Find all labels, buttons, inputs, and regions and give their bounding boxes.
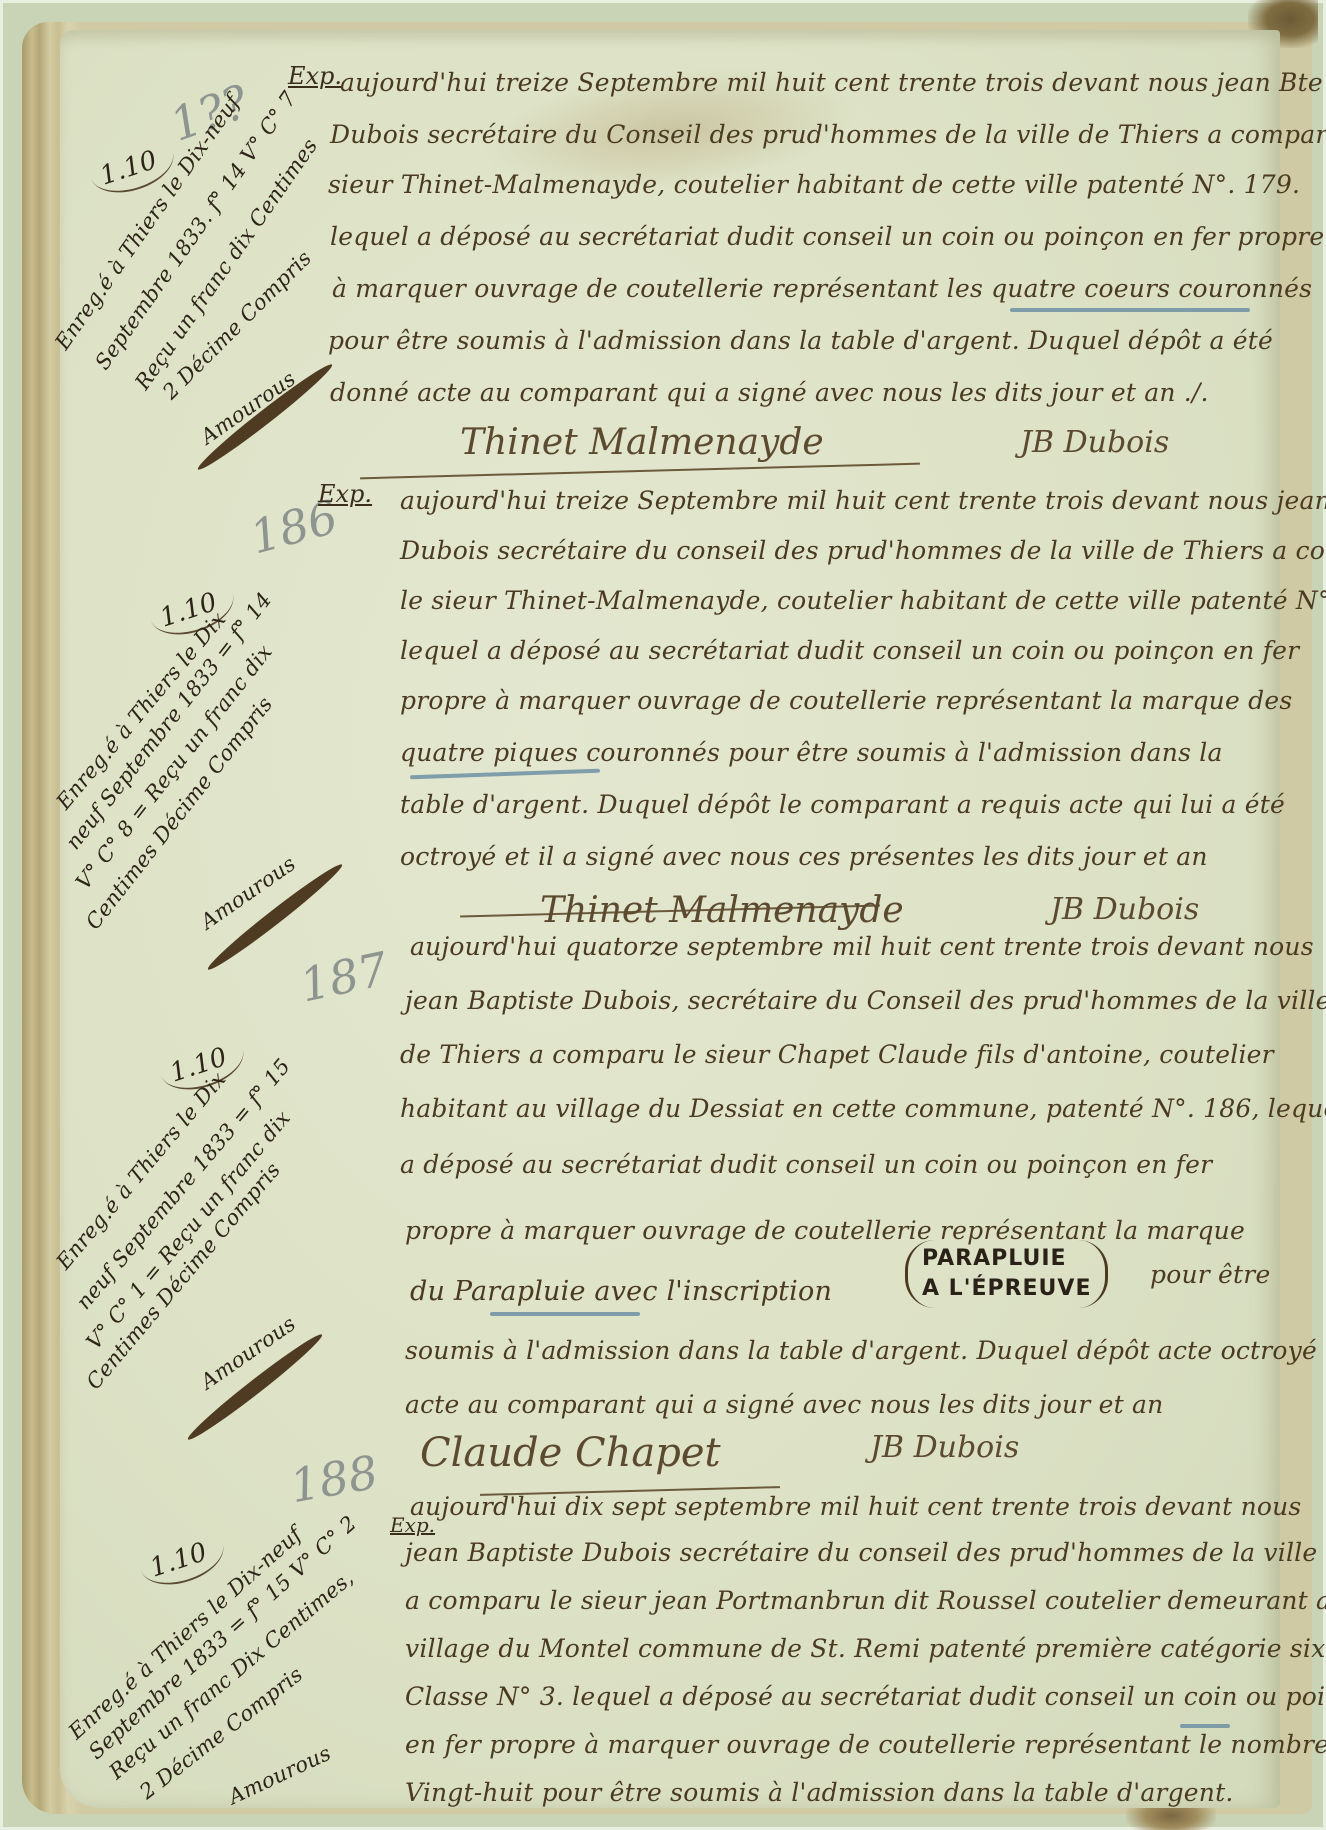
- signature-underline: [360, 463, 920, 480]
- signature-thinet: Thinet Malmenayde: [540, 890, 904, 931]
- margin-note-signature: Amourous: [196, 1311, 300, 1394]
- text-line: Vingt-huit pour être soumis à l'admissio…: [405, 1778, 1233, 1807]
- margin-note-line: V° C° 1 = Reçu un franc dix: [82, 1106, 295, 1354]
- blue-pencil-underline: [410, 769, 600, 780]
- text-line: aujourd'hui dix sept septembre mil huit …: [410, 1492, 1301, 1521]
- blue-pencil-underline: [1180, 1724, 1230, 1728]
- text-line: en fer propre à marquer ouvrage de coute…: [405, 1730, 1326, 1759]
- text-line: Dubois secrétaire du conseil des prud'ho…: [400, 536, 1326, 565]
- text-line: propre à marquer ouvrage de coutellerie …: [405, 1216, 1245, 1245]
- folio-number: 188: [286, 1445, 382, 1513]
- fee-amount: 1.10: [136, 1528, 231, 1594]
- stamp-line-2: A L'ÉPREUVE: [922, 1274, 1091, 1304]
- text-line: Dubois secrétaire du Conseil des prud'ho…: [330, 120, 1326, 149]
- signature-dubois: JB Dubois: [1050, 892, 1199, 927]
- folio-number: 187: [295, 941, 392, 1012]
- register-page: 1?? 1.10 Enreg.é à Thiers le Dix-neuf Se…: [60, 30, 1280, 1808]
- text-line: à marquer ouvrage de coutellerie représe…: [332, 274, 1312, 303]
- text-line: jean Baptiste Dubois, secrétaire du Cons…: [405, 986, 1326, 1015]
- text-line: de Thiers a comparu le sieur Chapet Clau…: [400, 1040, 1274, 1069]
- text-line: du Parapluie avec l'inscription: [410, 1276, 832, 1307]
- text-line: octroyé et il a signé avec nous ces prés…: [400, 842, 1208, 871]
- text-line: aujourd'hui treize Septembre mil huit ce…: [400, 486, 1326, 515]
- text-line-suffix: pour être: [1150, 1260, 1270, 1289]
- margin-note-signature: Amourous: [196, 851, 300, 934]
- text-line: village du Montel commune de St. Remi pa…: [405, 1634, 1326, 1663]
- signature-thinet: Thinet Malmenayde: [460, 422, 824, 463]
- text-line: jean Baptiste Dubois secrétaire du conse…: [405, 1538, 1326, 1567]
- text-line: aujourd'hui treize Septembre mil huit ce…: [340, 68, 1323, 97]
- exp-label: Exp.: [318, 480, 372, 508]
- text-line: a déposé au secrétariat dudit conseil un…: [400, 1150, 1212, 1179]
- blue-pencil-underline: [490, 1312, 640, 1316]
- text-line: acte au comparant qui a signé avec nous …: [405, 1390, 1163, 1419]
- text-line: quatre piques couronnés pour être soumis…: [400, 738, 1223, 767]
- signature-chapet: Claude Chapet: [420, 1430, 721, 1476]
- text-line: lequel a déposé au secrétariat dudit con…: [400, 636, 1299, 665]
- exp-label: Exp.: [288, 62, 342, 90]
- parapluie-stamp-inscription: PARAPLUIE A L'ÉPREUVE: [905, 1240, 1108, 1308]
- margin-note-signature: Amourous: [225, 1741, 335, 1809]
- text-line: donné acte au comparant qui a signé avec…: [330, 378, 1209, 407]
- text-line: lequel a déposé au secrétariat dudit con…: [330, 222, 1324, 251]
- text-line: sieur Thinet-Malmenayde, coutelier habit…: [328, 170, 1300, 199]
- signature-dubois: JB Dubois: [1020, 425, 1169, 460]
- text-line: aujourd'hui quatorze septembre mil huit …: [410, 932, 1314, 961]
- text-line: table d'argent. Duquel dépôt le comparan…: [400, 790, 1285, 819]
- text-line: soumis à l'admission dans la table d'arg…: [405, 1336, 1317, 1365]
- stamp-line-1: PARAPLUIE: [922, 1244, 1091, 1274]
- text-line: habitant au village du Dessiat en cette …: [400, 1094, 1326, 1123]
- blue-pencil-underline: [1010, 308, 1250, 312]
- text-line: Classe N° 3. lequel a déposé au secrétar…: [405, 1682, 1326, 1711]
- text-line: a comparu le sieur jean Portmanbrun dit …: [405, 1586, 1326, 1615]
- text-line: pour être soumis à l'admission dans la t…: [328, 326, 1273, 355]
- text-line: propre à marquer ouvrage de coutellerie …: [400, 686, 1292, 715]
- text-line: le sieur Thinet-Malmenayde, coutelier ha…: [400, 586, 1326, 615]
- signature-dubois: JB Dubois: [870, 1430, 1019, 1465]
